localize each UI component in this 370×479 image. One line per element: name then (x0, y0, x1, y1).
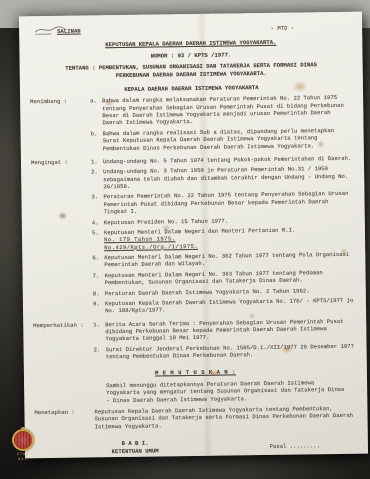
page-footer: B A B I. KETENTUAN UMUM Pasal ......... (35, 437, 358, 460)
list-item: 2. Undang-undang No. 3 Tahun 1950 jo Per… (91, 165, 354, 191)
list-item: 9. Keputusan Kepala Daerah Daerah Istime… (93, 297, 356, 315)
section-menetapkan: Menetapkan : Keputusan Kepala Daerah Dae… (34, 405, 357, 435)
seal-emblem-icon (12, 429, 34, 451)
chapter-title: KETENTUAN UMUM (35, 446, 235, 456)
section-label: Memperhatikan : (33, 321, 94, 365)
section-label: Mengingat : (31, 158, 93, 319)
archive-seal: 3768 817 (9, 429, 37, 462)
list-item: 5. Keputusan Menteri Dalam Negeri dan Me… (92, 226, 355, 252)
article-placeholder: Pasal ......... (270, 442, 320, 450)
issuing-authority: KEPALA DAERAH DAERAH ISTIMEWA YOGYAKARTA (30, 83, 353, 95)
list-item: Keputusan Kepala Daerah Daerah Istimewa … (94, 405, 357, 431)
document-content: SALINAN - MTD - KEPUTUSAN KEPALA DAERAH … (29, 24, 358, 452)
list-item: 3. Peraturan Pemerintah No. 22 Tahun 197… (91, 190, 354, 216)
decision-heading: M E M U T U S K A N : (34, 366, 357, 378)
list-item: b. Bahwa dalam rangka realisasi Sub a di… (91, 127, 354, 153)
document-page: SALINAN - MTD - KEPUTUSAN KEPALA DAERAH … (19, 12, 368, 459)
section-mengingat: Mengingat : 1. Undang-undang No. 5 Tahun… (31, 155, 356, 319)
archive-number: 3768 817 (9, 453, 37, 462)
copy-stamp: SALINAN (57, 28, 81, 36)
list-item: 8. Peraturan Daerah Daerah Istimewa Yogy… (93, 286, 356, 297)
corner-mark: - MTD - (271, 25, 295, 33)
chapter-heading: B A B I. KETENTUAN UMUM (35, 439, 235, 457)
page-header: SALINAN - MTD - (29, 24, 352, 36)
section-memperhatikan: Memperhatikan : 1. Berita Acara Serah Te… (33, 317, 357, 364)
list-item: 1. Berita Acara Serah Terima : Penyeraha… (93, 317, 356, 343)
list-item: 2. Surat Direktur Jenderal Perkebunan No… (94, 342, 357, 360)
decision-preamble: Sambil menunggu ditetapkannya Peraturan … (106, 379, 351, 405)
list-item: 1. Undang-undang No. 5 Tahun 1974 tentan… (91, 155, 354, 166)
section-label: Menimbang : (30, 98, 91, 156)
list-item: 6. Keputusan Menteri Dalam Negeri No. 36… (92, 251, 355, 269)
list-item: a. Bahwa dalam rangka melaksanakan Perat… (90, 94, 353, 127)
section-label: Menetapkan : (34, 408, 94, 434)
list-item: 4. Keputusan Presiden No. 15 Tahun 1977. (92, 215, 355, 226)
title-block: KEPUTUSAN KEPALA DAERAH DAERAH ISTIMEWA … (29, 38, 352, 80)
section-menimbang: Menimbang : a. Bahwa dalam rangka melaks… (30, 94, 354, 156)
list-item: 7. Keputusan Menteri Dalam Negeri No. 36… (93, 268, 356, 286)
